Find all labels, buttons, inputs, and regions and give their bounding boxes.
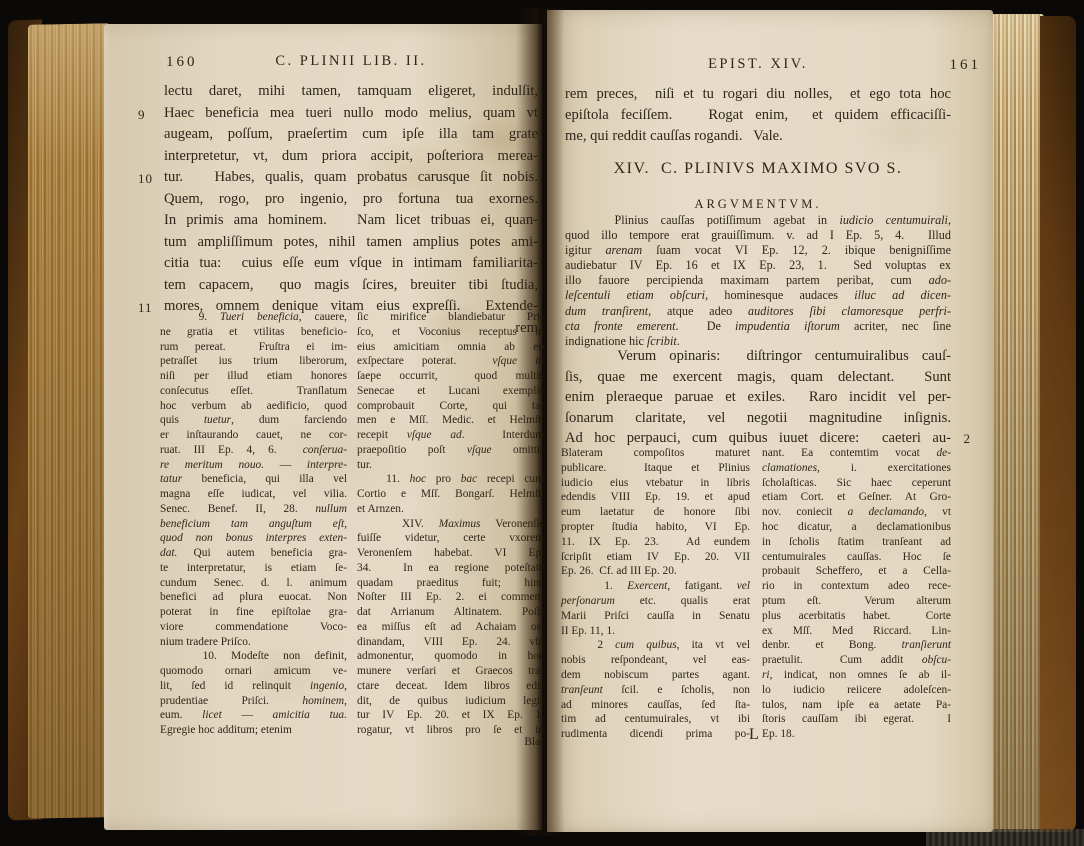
text-line: rudimenta dicendi prima po- (561, 727, 750, 742)
text-line: poterat in fine epiſtolae gra- (160, 605, 347, 620)
text-line: centumuirales cauſſas. Hoc ſe (762, 550, 951, 565)
text-line: ne gratia et vtilitas beneficio- (160, 325, 347, 340)
text-line: rum pereat. Fruſtra ei im- (160, 340, 347, 355)
text-line: lo iudicio reiicere adoleſcen- (762, 683, 951, 698)
text-line: 10. Modeſte non definit, (160, 649, 347, 664)
margin-number: 2 (964, 429, 972, 450)
text-line: edendis VIII Ep. 19. et apud (561, 490, 750, 505)
argumentum-text: Plinius cauſſas potiſſimum agebat in iud… (565, 213, 951, 349)
text-line: viore commendatione Voco- (160, 620, 347, 635)
running-title: EPIST. XIV. (565, 56, 951, 73)
text-line: tur. Habes, qualis, quam probatus carusq… (164, 167, 538, 189)
text-line: ptum eſt. Verum alterum (762, 594, 951, 609)
footnotes-column-2: nant. Ea contemtim vocat de-clamationes,… (762, 446, 951, 742)
text-line: prudentiae Priſci. hominem, (160, 694, 347, 709)
text-line: nium tradere Priſco. (160, 635, 347, 650)
text-line: Plinius cauſſas potiſſimum agebat in iud… (565, 213, 951, 228)
text-line: Ep. 18. (762, 727, 951, 742)
text-line: tatur beneficia, qui illa vel (160, 472, 347, 487)
text-line: quis tuetur, dum farciendo (160, 413, 347, 428)
text-line: nant. Ea contemtim vocat de- (762, 446, 951, 461)
text-line: 11. IX Ep. 23. Ad eundem (561, 535, 750, 550)
text-line: ſcholaſticas. Sic haec ceperunt (762, 476, 951, 491)
text-line: citia tua: cuius eſſe eum vſque in intim… (164, 253, 538, 275)
text-line: dat. Qui autem beneficia gra- (160, 546, 347, 561)
page-number: 161 (950, 57, 982, 74)
text-line: tum ampliſſimum potes, nihil tamen ampli… (164, 232, 538, 254)
right-leather-board (1040, 16, 1076, 832)
letter-text: Verum opinaris: diſtringor centumuiralib… (565, 346, 951, 449)
text-line: cundum Senec. d. l. animum (160, 576, 347, 591)
right-page: EPIST. XIV. 161 rem preces, niſi et tu r… (547, 10, 993, 832)
text-line: rem preces, niſi et tu rogari diu nolles… (565, 84, 951, 105)
text-line: ſis, quae me exercent magis, quam delect… (565, 367, 951, 388)
text-line: audiebatur IV Ep. 16 et IX Ep. 23, 1. Se… (565, 258, 951, 273)
text-line: tim ad centumuirales, vt ibi (561, 712, 750, 727)
text-line: II Ep. 11, 1. (561, 624, 750, 639)
text-line: tem capacem, quo magis ſcires, breuiter … (164, 275, 538, 297)
text-line: lectu daret, mihi tamen, tamquam eligere… (164, 81, 538, 103)
text-line: Ep. 26. Cf. ad III Ep. 20. (561, 564, 750, 579)
text-line: clamationes, i. exercitationes (762, 461, 951, 476)
running-title: C. PLINII LIB. II. (164, 53, 538, 70)
text-line: epiſtola feciſſem. Rogat enim, et quidem… (565, 105, 951, 126)
text-line: nov. coniecit a declamando, vt (762, 505, 951, 520)
text-line: cta fronte emerent. De impudentia iſtoru… (565, 319, 951, 334)
text-line: conſecutus eſſet. Tranſlatum (160, 384, 347, 399)
text-line: eum laetatur de honore ſibi (561, 505, 750, 520)
text-line: dum tranſirent, atque adeo auditores ſib… (565, 304, 951, 319)
footnotes: Blateram compoſitos maturetpublicare. It… (561, 446, 951, 742)
text-line: ex Mſſ. Med Riccard. Lin- (762, 624, 951, 639)
text-line: er inſtaurando cauet, ne cor- (160, 428, 347, 443)
text-line: propter ſtudia habito, VI Ep. (561, 520, 750, 535)
text-line: lit, ſed id relinquit ingenio, (160, 679, 347, 694)
text-line: re meritum nouo. — interpre- (160, 458, 347, 473)
text-line: praetulit. Cum addit obſcu- (762, 653, 951, 668)
text-line: in ſcholis ſtatim tranſeant ad (762, 535, 951, 550)
text-line: Senec. Benef. II, 28. nullum (160, 502, 347, 517)
text-line: hoc verbum ab aedificio, quod (160, 399, 347, 414)
text-line: igitur arenam ſuam vocat VI Ep. 12, 2. i… (565, 243, 951, 258)
text-line: benefici ad plura euocat. Non (160, 590, 347, 605)
text-line: Quem, rogo, pro ingenio, pro fortuna tua… (164, 189, 538, 211)
text-line: ad minores cauſſas, ſed ſta- (561, 698, 750, 713)
text-line: enim pleraeque paruae et exiles. Raro in… (565, 387, 951, 408)
text-line: augeam, poſſum, praeſertim cum ipſe illa… (164, 124, 538, 146)
footnotes: 9. Tueri beneficia, cauere,ne gratia et … (160, 310, 544, 738)
text-line: magna eſſe iudicat, vel vilia. (160, 487, 347, 502)
text-line: 2 cum quibus, ita vt vel (561, 638, 750, 653)
text-line: dem nobiscum partes agant. (561, 668, 750, 683)
book-spread: 160 C. PLINII LIB. II. lectu daret, mihi… (0, 0, 1084, 846)
argumentum-heading: ARGVMENTVM. (565, 197, 951, 212)
text-line: publicare. Itaque et Plinius (561, 461, 750, 476)
text-line: quomodo ornari amicum ve- (160, 664, 347, 679)
body-text: rem preces, niſi et tu rogari diu nolles… (565, 84, 951, 148)
left-page-edges (28, 23, 108, 818)
text-line: 1. Exercent, fatigant. vel (561, 579, 750, 594)
text-line: quod illo tempore erat grauiſſimum. v. a… (565, 228, 951, 243)
text-line: Verum opinaris: diſtringor centumuiralib… (565, 346, 951, 367)
text-line: quod non bonus interpres exten- (160, 531, 347, 546)
text-line: Haec beneficia mea tueri nullo modo meli… (164, 103, 538, 125)
text-line: interpretetur, vt, dum priora accipit, p… (164, 146, 538, 168)
text-line: perſonarum etc. qualis erat (561, 594, 750, 609)
text-line: nobis reſpondeant, vel eas- (561, 653, 750, 668)
text-line: illo fauore percipienda maximam partem p… (565, 273, 951, 288)
text-line: rio in contextum adeo rece- (762, 579, 951, 594)
margin-number: 10 (138, 168, 153, 190)
text-line: ruat. III Ep. 4, 6. conſerua- (160, 443, 347, 458)
footnotes-column-1: Blateram compoſitos maturetpublicare. It… (561, 446, 750, 742)
margin-number: 9 (138, 104, 146, 126)
left-page: 160 C. PLINII LIB. II. lectu daret, mihi… (104, 24, 542, 830)
text-line: plus acerbitatis habet. Corte (762, 609, 951, 624)
letter-heading: XIV. C. PLINIVS MAXIMO SVO S. (565, 160, 951, 178)
text-line: iudicio eius vtebatur in libris (561, 476, 750, 491)
text-line: ſtoris cauſſam ibi egerat. I (762, 712, 951, 727)
margin-number: 11 (138, 297, 153, 319)
book-gutter (516, 8, 564, 836)
text-line: 9. Tueri beneficia, cauere, (160, 310, 347, 325)
text-line: ſcripſit etiam IV Ep. 20. VII (561, 550, 750, 565)
text-line: Blateram compoſitos maturet (561, 446, 750, 461)
body-text: lectu daret, mihi tamen, tamquam eligere… (164, 81, 538, 339)
text-line: petraſſet ius trium liberorum, (160, 354, 347, 369)
footnotes-column-1: 9. Tueri beneficia, cauere,ne gratia et … (160, 310, 347, 738)
text-line: beneficium tam anguſtum eſt, (160, 517, 347, 532)
text-line: leſcentuli etiam obſcuri, hominesque aud… (565, 288, 951, 303)
text-line: tulos, nam ipſe ea aetate Pa- (762, 698, 951, 713)
text-line: me, qui reddit cauſſas rogandi. Vale. (565, 126, 951, 147)
text-line: tranſeunt ſcil. e ſcholis, non (561, 683, 750, 698)
text-line: eum. licet — amicitia tua. (160, 708, 347, 723)
text-line: etiam Cort. et Geſner. At Gro- (762, 490, 951, 505)
text-line: ri, indicat, non omnes ſe ab il- (762, 668, 951, 683)
right-page-edges (984, 14, 1044, 832)
text-line: te interpretatur, is etiam ſe- (160, 561, 347, 576)
signature-mark: L (749, 726, 760, 744)
text-line: Marii Priſci cauſſa in Senatu (561, 609, 750, 624)
catchword: Bla- (160, 736, 544, 748)
text-line: probauit Scheffero, et a Cella- (762, 564, 951, 579)
text-line: hoc dicatur, a declamationibus (762, 520, 951, 535)
text-line: In primis ama hominem. Nam licet tribuas… (164, 210, 538, 232)
text-line: denbr. et Bong. tranſierunt (762, 638, 951, 653)
text-line: niſi per illud etiam honores (160, 369, 347, 384)
text-line: ſonarum claritate, vel negotii magnitudi… (565, 408, 951, 429)
